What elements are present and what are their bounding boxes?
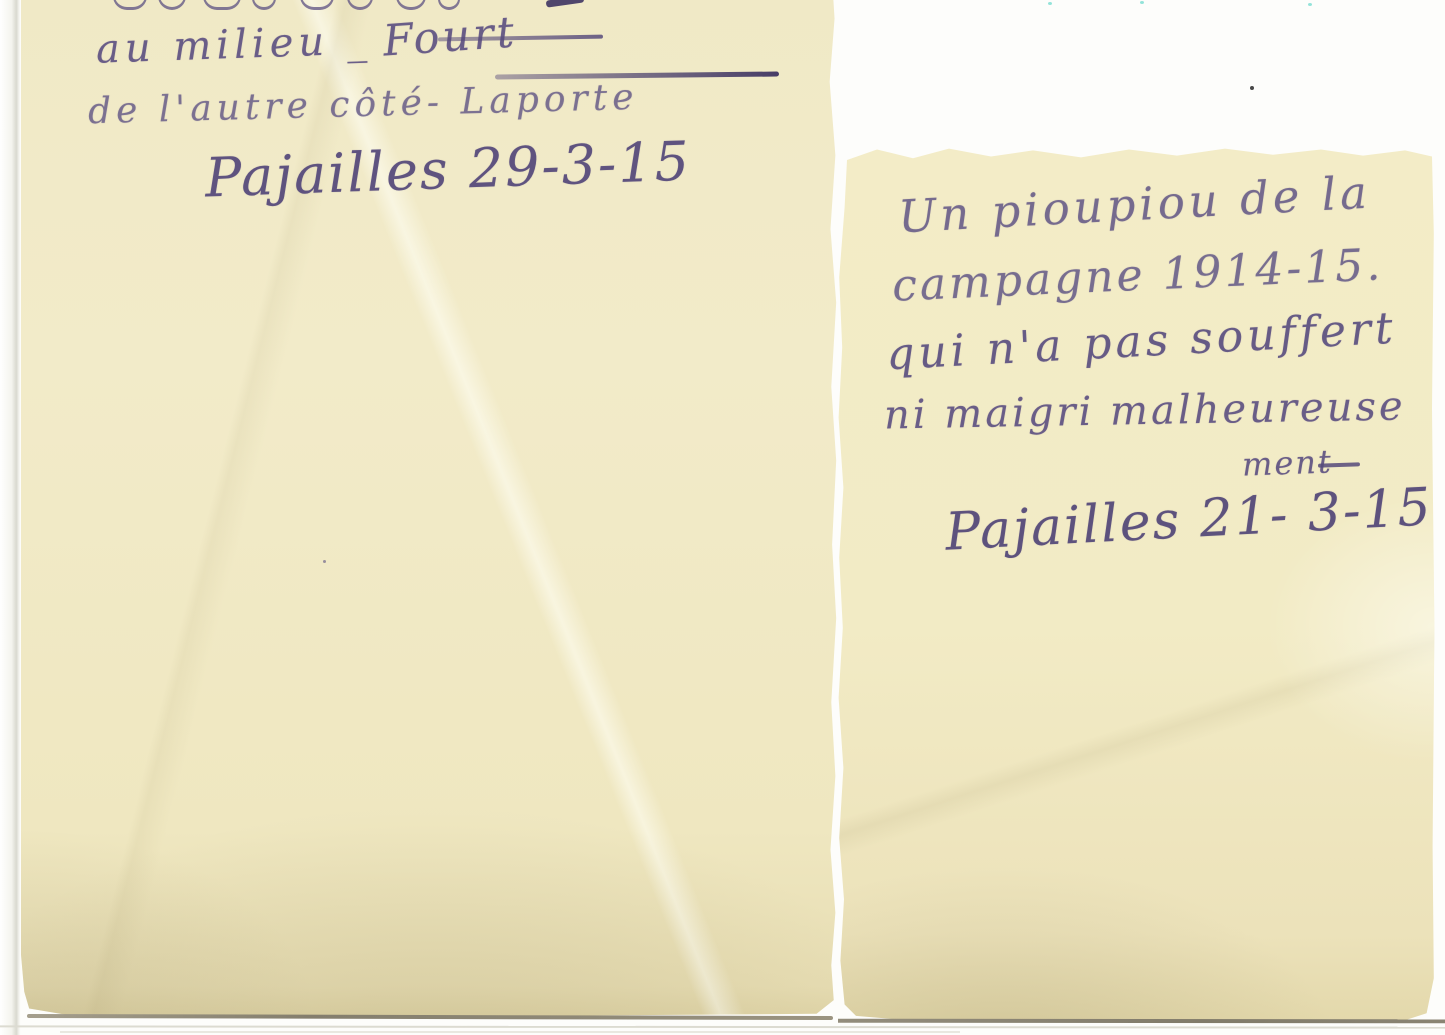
- left-card-line-1: au milieu _: [95, 17, 372, 73]
- left-card-bottom-shadow-line: [27, 1014, 833, 1020]
- scanner-sleeve-bottom-line: [0, 1025, 1445, 1028]
- scanner-noise-speck: [1308, 3, 1312, 6]
- right-card-bottom-shadow-line: [838, 1019, 1445, 1024]
- scanner-sleeve-left-edge: [0, 0, 21, 1035]
- scanned-document: au milieu _ Fourt de l'autre côté- Lapor…: [0, 0, 1445, 1035]
- right-card-line-4: ni maigri malheureuse: [884, 383, 1406, 438]
- scanner-noise-speck: [1140, 1, 1144, 4]
- ink-speck: [323, 560, 326, 563]
- scanner-sleeve-bottom-highlight: [60, 1031, 960, 1033]
- paper-speck: [1250, 86, 1254, 90]
- scanner-noise-speck: [1048, 2, 1052, 5]
